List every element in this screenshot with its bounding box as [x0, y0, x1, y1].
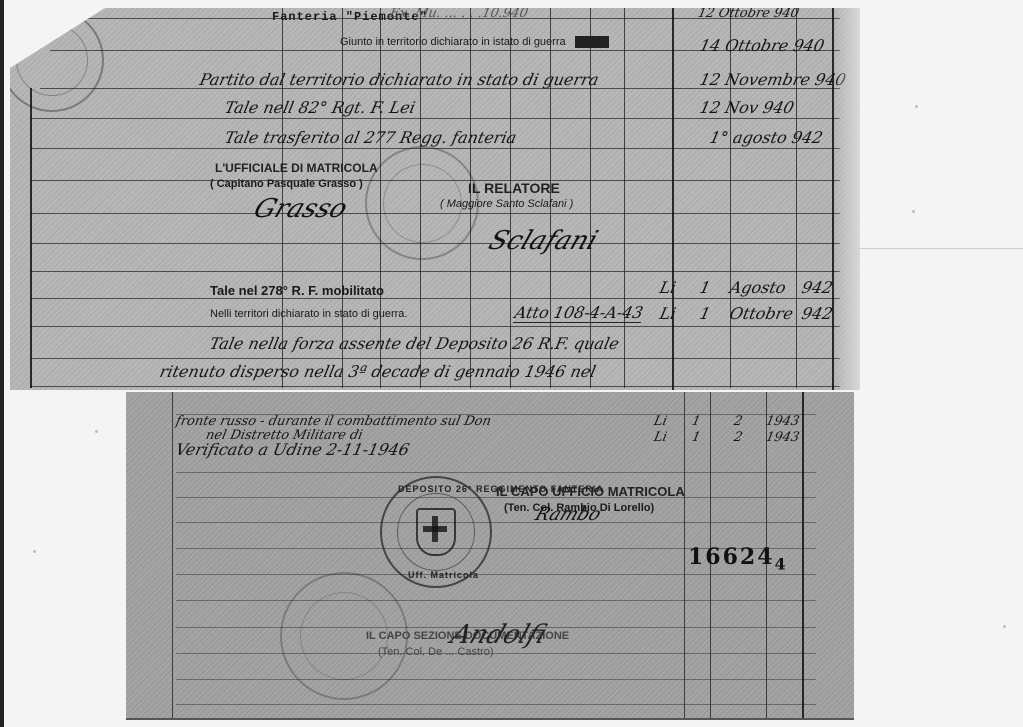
month: Agosto	[728, 278, 788, 297]
day: 1	[698, 304, 712, 323]
redaction-block	[575, 36, 609, 48]
day: 1	[698, 278, 712, 297]
entry-text: Verificato a Udine 2-11-1946	[174, 440, 411, 459]
chief-title: IL CAPO UFFICIO MATRICOLA	[496, 484, 685, 499]
reporter-name: ( Maggiore Santo Sclafani )	[440, 198, 573, 210]
entry-text: Tale trasferito al 277 Regg. fanteria	[223, 128, 518, 147]
entry-text: fronte russo - durante il combattimento …	[174, 414, 492, 429]
scan-speck	[95, 430, 98, 433]
territorio-line: Nelli territori dichiarato in stato di g…	[210, 308, 407, 320]
entry-date: 12 Novembre 940	[698, 70, 848, 89]
chief-signature: Rambo	[532, 504, 604, 525]
royal-crest-icon	[416, 508, 456, 556]
printed-line-guerra: Giunto in territorio dichiarato in istat…	[340, 36, 566, 48]
upper-sheet: Fanteria "Piemonte" Ex. Mu. ... . . .10.…	[10, 8, 860, 390]
lower-sheet: fronte russo - durante il combattimento …	[126, 392, 854, 720]
entry-text: Partito dal territorio dichiarato in sta…	[198, 70, 601, 89]
col-a: Li	[652, 414, 668, 429]
year: 1943	[764, 430, 800, 445]
col-a: Li	[652, 430, 668, 445]
scan-speck	[1003, 625, 1006, 628]
mobilitato-line: Tale nel 278° R. F. mobilitato	[210, 283, 384, 298]
entry-date: 12 Nov 940	[698, 98, 796, 117]
month: Ottobre	[728, 304, 795, 323]
year: 1943	[764, 414, 800, 429]
stamp-bottom: Uff. Matricola	[408, 570, 479, 580]
header-date: 12 Ottobre 940	[696, 6, 800, 21]
scan-speck	[912, 210, 915, 213]
reporter-title: IL RELATORE	[468, 180, 560, 196]
reporter-signature: Sclafani	[485, 226, 602, 256]
corner-stamp	[0, 8, 104, 112]
scanner-edge	[0, 0, 4, 727]
day: 1	[690, 414, 701, 429]
serial-number: 166244	[688, 544, 788, 573]
col-a: Li	[658, 304, 678, 323]
officer-title: L'UFFICIALE DI MATRICOLA	[215, 161, 378, 175]
entry-text: Tale nell 82° Rgt. F. Lei	[223, 98, 417, 117]
day: 1	[690, 430, 701, 445]
month: 2	[732, 430, 743, 445]
scan-speck	[33, 550, 36, 553]
paper-fold-line	[860, 248, 1023, 249]
year: 942	[800, 278, 835, 297]
entry-date: 1° agosto 942	[708, 128, 825, 147]
faded-signature: Andolfi	[447, 620, 551, 650]
month: 2	[732, 414, 743, 429]
note-line-2: ritenuto disperso nella 3ª decade di gen…	[158, 362, 598, 381]
year: 942	[800, 304, 835, 323]
first-row-date: 14 Ottobre 940	[698, 36, 826, 55]
atto-note: Atto 108-4-A-43	[513, 303, 645, 323]
header-continuation: Ex. Mu. ... . . .10.940	[388, 6, 529, 21]
col-a: Li	[658, 278, 678, 297]
scan-speck	[915, 105, 918, 108]
officer-name: ( Capitano Pasquale Grasso )	[210, 178, 363, 190]
officer-signature: Grasso	[250, 194, 352, 224]
note-line-1: Tale nella forza assente del Deposito 26…	[208, 334, 621, 353]
